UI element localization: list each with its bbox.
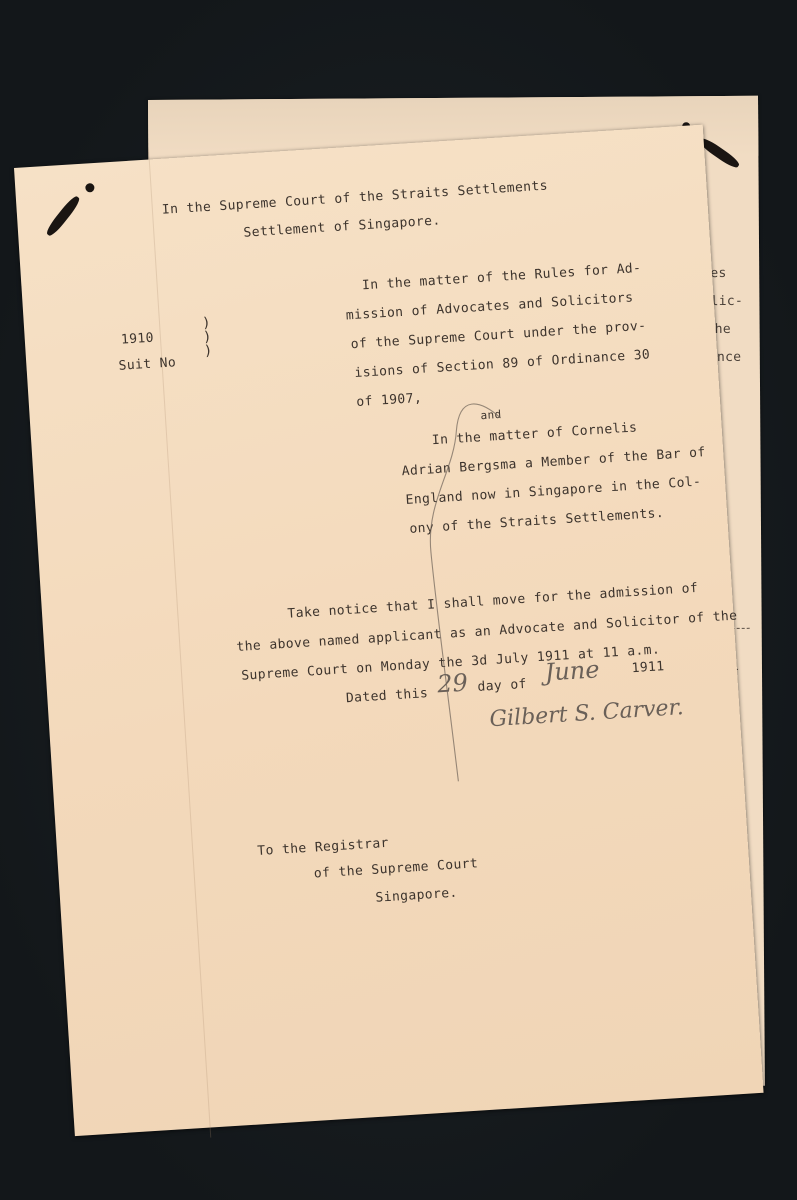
settlement-heading: Settlement of Singapore.	[243, 213, 441, 240]
dated-month: June	[544, 655, 600, 686]
dated-prefix: Dated this	[346, 686, 429, 706]
suit-year: 1910	[121, 331, 155, 348]
matter-1-line: In the matter of the Rules for Ad-	[362, 261, 642, 294]
addressee-line: of the Supreme Court	[313, 856, 478, 881]
stray-ink-line	[409, 386, 554, 793]
punch-hole-icon	[85, 183, 95, 193]
matter-1-line: mission of Advocates and Solicitors	[345, 290, 633, 323]
front-sheet: In the Supreme Court of the Straits Sett…	[14, 125, 764, 1136]
bracket: )))	[202, 316, 213, 358]
matter-1-line: isions of Section 89 of Ordinance 30	[354, 347, 651, 381]
matter-1-line: of the Supreme Court under the prov-	[350, 319, 647, 353]
burn-mark-icon	[44, 194, 82, 238]
suit-label: Suit No	[118, 355, 176, 374]
dated-year: 1911	[631, 659, 665, 676]
court-heading: In the Supreme Court of the Straits Sett…	[161, 179, 548, 218]
fold-crease	[148, 149, 211, 1137]
addressee-line: To the Registrar	[257, 836, 389, 859]
addressee-line: Singapore.	[375, 886, 458, 906]
